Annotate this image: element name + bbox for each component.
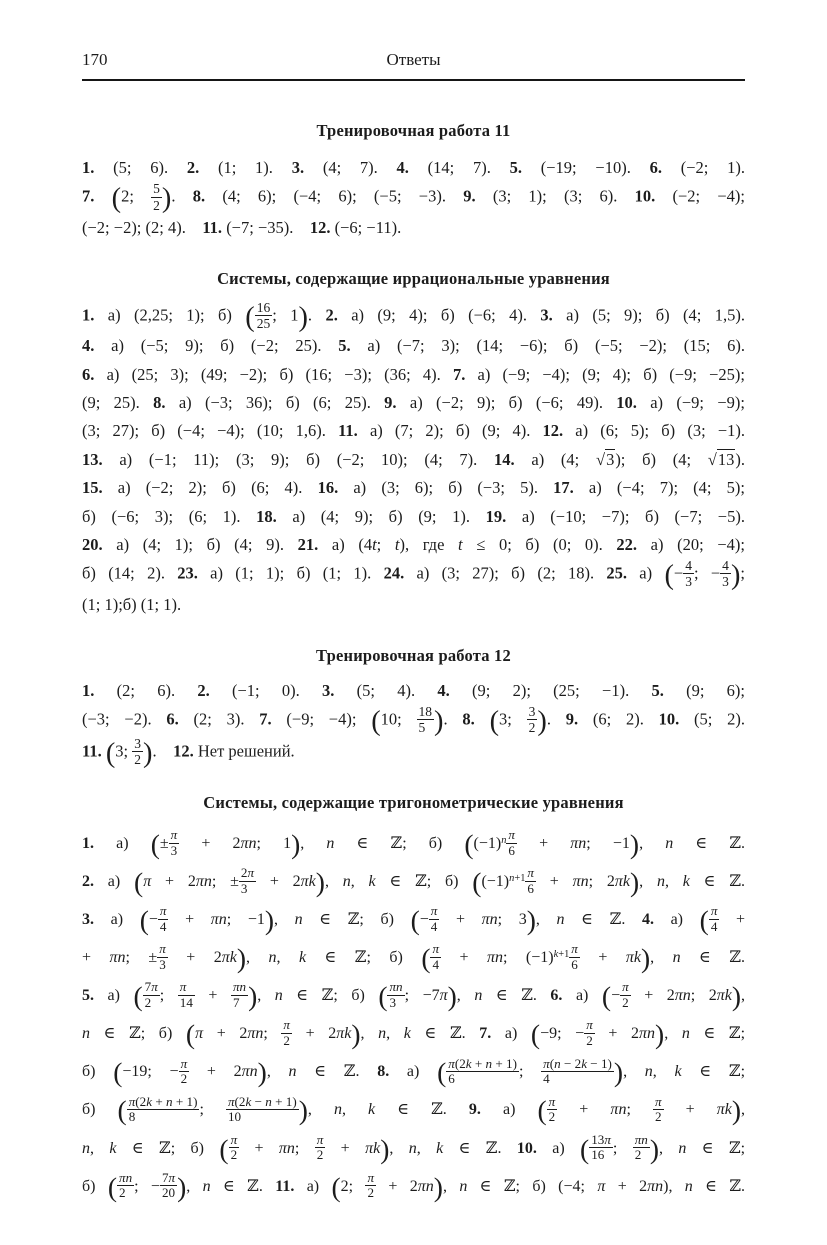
answers-paragraph: 1. а) (±π3 + 2πn; 1), n ∈ ℤ; б) ((−1)nπ6… xyxy=(82,825,745,1206)
section-trenirovochnaya-rabota-12: Тренировочная работа 12 1. (2; 6). 2. (−… xyxy=(82,646,745,768)
answer-line: 2. а) (π + 2πn; ±2π3 + 2πk), n, k ∈ ℤ; б… xyxy=(82,863,745,901)
section-title: Тренировочная работа 11 xyxy=(82,121,745,141)
answer-line: 15. а) (−2; 2); б) (6; 4). 16. а) (3; 6)… xyxy=(82,474,745,502)
answer-line: n ∈ ℤ; б) (π + 2πn; π2 + 2πk), n, k ∈ ℤ.… xyxy=(82,1015,745,1053)
running-title: Ответы xyxy=(82,50,745,70)
answer-line: (3; 27); б) (−4; −4); (10; 1,6). 11. а) … xyxy=(82,417,745,445)
answer-line: б) (πn2; −7π20), n ∈ ℤ. 11. а) (2; π2 + … xyxy=(82,1168,745,1206)
answer-line: 1. а) (2,25; 1); б) (1625; 1). 2. а) (9;… xyxy=(82,301,745,332)
answer-line: б) (π(2k + n + 1)8; π(2k − n + 1)10), n,… xyxy=(82,1091,745,1129)
answer-line: (−2; −2); (2; 4). 11. (−7; −35). 12. (−6… xyxy=(82,214,745,242)
answer-line: 13. а) (−1; 11); (3; 9); б) (−2; 10); (4… xyxy=(82,446,745,474)
section-trenirovochnaya-rabota-11: Тренировочная работа 11 1. (5; 6). 2. (1… xyxy=(82,121,745,242)
book-page: 170 Ответы Тренировочная работа 11 1. (5… xyxy=(0,0,827,1245)
section-trigonometric-systems: Системы, содержащие тригонометрические у… xyxy=(82,793,745,1206)
answer-line: n, k ∈ ℤ; б) (π2 + πn; π2 + πk), n, k ∈ … xyxy=(82,1130,745,1168)
answer-line: 4. а) (−5; 9); б) (−2; 25). 5. а) (−7; 3… xyxy=(82,332,745,360)
answer-line: 1. (2; 6). 2. (−1; 0). 3. (5; 4). 4. (9;… xyxy=(82,677,745,705)
section-title: Системы, содержащие тригонометрические у… xyxy=(82,793,745,813)
answer-line: 20. а) (4; 1); б) (4; 9). 21. а) (4t; t)… xyxy=(82,531,745,559)
page-header: 170 Ответы xyxy=(82,50,745,74)
answer-line: (1; 1);б) (1; 1). xyxy=(82,591,745,619)
answer-line: 1. (5; 6). 2. (1; 1). 3. (4; 7). 4. (14;… xyxy=(82,154,745,182)
answer-line: + πn; ±π3 + 2πk), n, k ∈ ℤ; б) (π4 + πn;… xyxy=(82,939,745,977)
section-irrational-systems: Системы, содержащие иррациональные уравн… xyxy=(82,269,745,619)
answer-line: (−3; −2). 6. (2; 3). 7. (−9; −4); (10; 1… xyxy=(82,705,745,736)
answers-paragraph: 1. (5; 6). 2. (1; 1). 3. (4; 7). 4. (14;… xyxy=(82,154,745,242)
section-title: Тренировочная работа 12 xyxy=(82,646,745,666)
answers-paragraph: 1. (2; 6). 2. (−1; 0). 3. (5; 4). 4. (9;… xyxy=(82,677,745,768)
header-rule xyxy=(82,79,745,81)
answer-line: б) (−6; 3); (6; 1). 18. а) (4; 9); б) (9… xyxy=(82,503,745,531)
answer-line: 7. (2; 52). 8. (4; 6); (−4; 6); (−5; −3)… xyxy=(82,182,745,213)
section-title: Системы, содержащие иррациональные уравн… xyxy=(82,269,745,289)
answer-line: 5. а) (7π2; π14 + πn7), n ∈ ℤ; б) (πn3; … xyxy=(82,977,745,1015)
answer-line: б) (14; 2). 23. а) (1; 1); б) (1; 1). 24… xyxy=(82,559,745,590)
answer-line: (9; 25). 8. а) (−3; 36); б) (6; 25). 9. … xyxy=(82,389,745,417)
answer-line: 6. а) (25; 3); (49; −2); б) (16; −3); (3… xyxy=(82,361,745,389)
answer-line: 1. а) (±π3 + 2πn; 1), n ∈ ℤ; б) ((−1)nπ6… xyxy=(82,825,745,863)
answer-line: 11. (3; 32). 12. Нет решений. xyxy=(82,737,745,768)
answers-paragraph: 1. а) (2,25; 1); б) (1625; 1). 2. а) (9;… xyxy=(82,301,745,619)
answer-line: б) (−19; −π2 + 2πn), n ∈ ℤ. 8. а) (π(2k … xyxy=(82,1053,745,1091)
answer-line: 3. а) (−π4 + πn; −1), n ∈ ℤ; б) (−π4 + π… xyxy=(82,901,745,939)
